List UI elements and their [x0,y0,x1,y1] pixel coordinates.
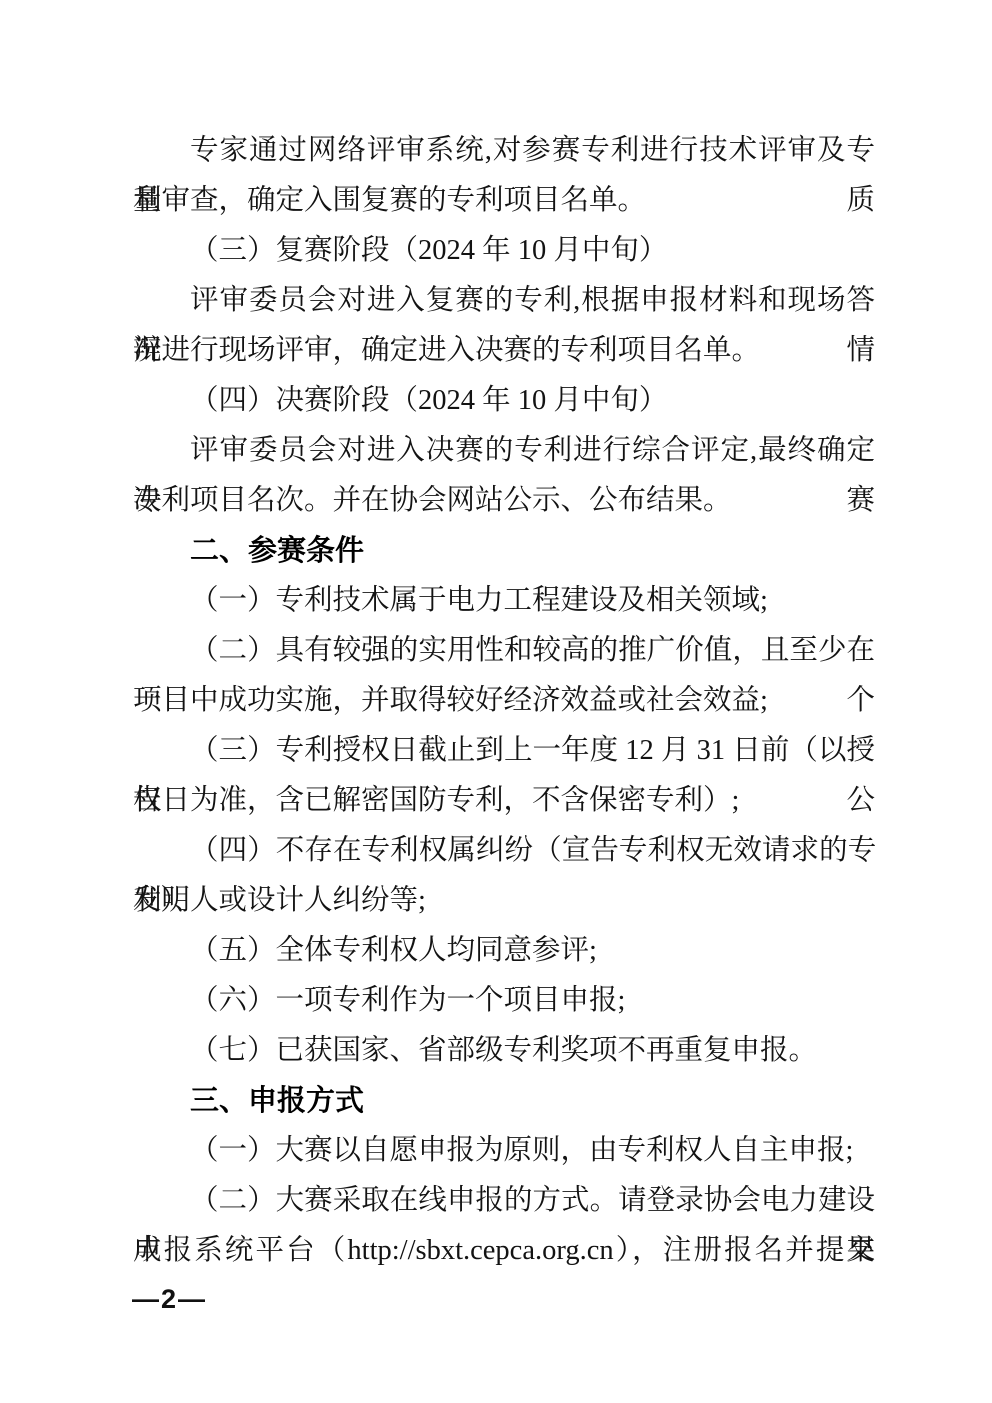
text-line: （六）一项专利作为一个项目申报; [133,976,875,1026]
text-line: （四）不存在专利权属纠纷（宣告专利权无效请求的专利）、 [133,826,875,876]
text-line: （二）大赛采取在线申报的方式。请登录协会电力建设成果 [133,1176,875,1226]
text-line: （三）专利授权日截止到上一年度 12 月 31 日前（以授权公 [133,726,875,776]
text-line: 发明人或设计人纠纷等; [133,876,875,926]
text-line: （一）专利技术属于电力工程建设及相关领域; [133,576,875,626]
section-heading-application-method: 三、申报方式 [133,1076,875,1126]
text-line: 评审委员会对进入复赛的专利,根据申报材料和现场答辩情 [133,276,875,326]
text-line: 专家通过网络评审系统,对参赛专利进行技术评审及专利质 [133,126,875,176]
text-line: （三）复赛阶段（2024 年 10 月中旬） [133,226,875,276]
text-line: 评审委员会对进入决赛的专利进行综合评定,最终确定决赛 [133,426,875,476]
text-line: （四）决赛阶段（2024 年 10 月中旬） [133,376,875,426]
text-line: （五）全体专利权人均同意参评; [133,926,875,976]
text-line: （一）大赛以自愿申报为原则，由专利权人自主申报; [133,1126,875,1176]
text-line: 申报系统平台（http://sbxt.cepca.org.cn），注册报名并提交 [133,1226,875,1276]
text-line: （二）具有较强的实用性和较高的推广价值，且至少在一个 [133,626,875,676]
text-line: 项目中成功实施，并取得较好经济效益或社会效益; [133,676,875,726]
document-body: 专家通过网络评审系统,对参赛专利进行技术评审及专利质 量审查，确定入围复赛的专利… [133,126,875,1276]
document-page: 专家通过网络评审系统,对参赛专利进行技术评审及专利质 量审查，确定入围复赛的专利… [0,0,992,1403]
section-heading-entry-conditions: 二、参赛条件 [133,526,875,576]
text-line: （七）已获国家、省部级专利奖项不再重复申报。 [133,1026,875,1076]
page-number: —2— [132,1284,207,1314]
